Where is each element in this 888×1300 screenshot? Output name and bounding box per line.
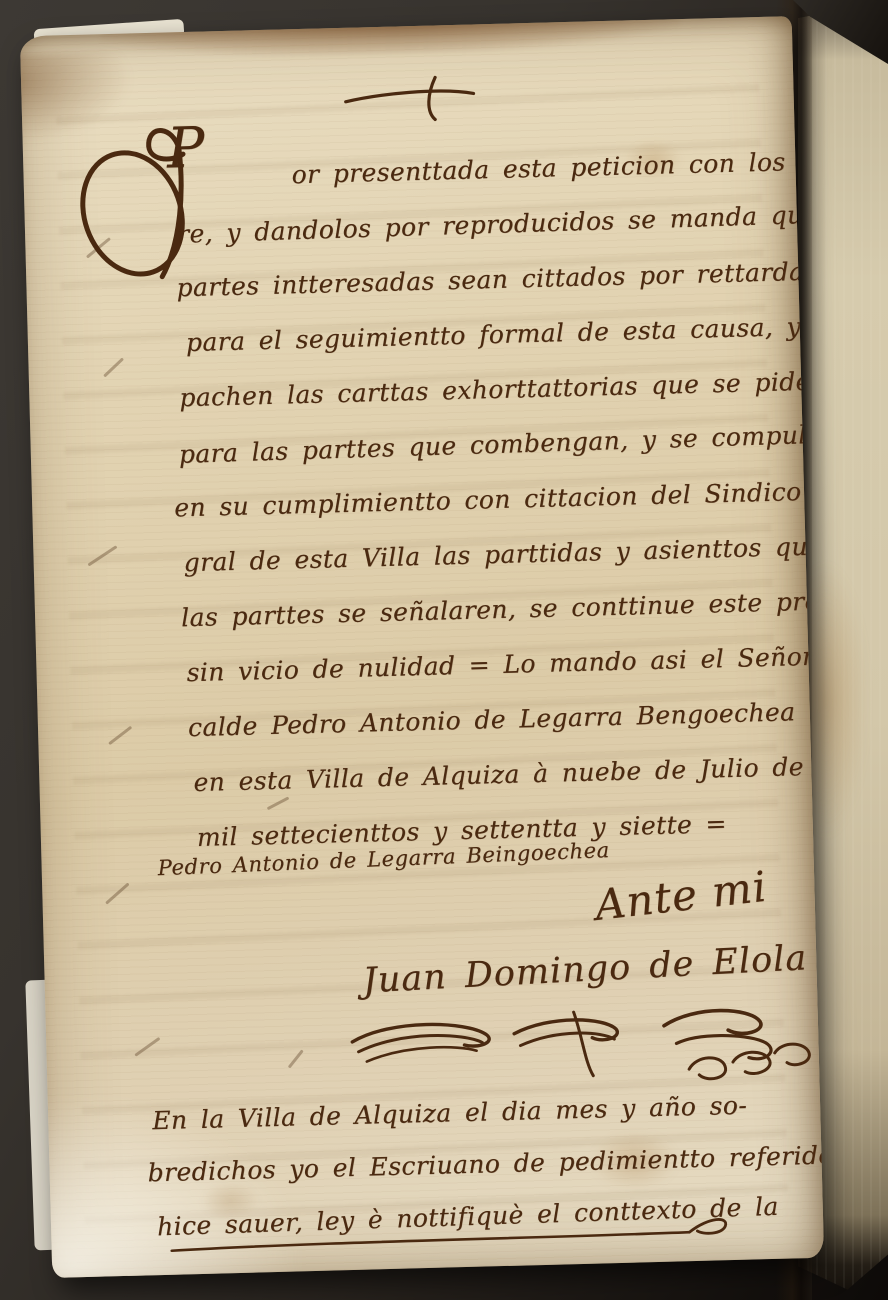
manuscript-page-surface: P or presenttada esta peticion con los a… — [20, 16, 824, 1278]
photographed-manuscript-scene: P or presenttada esta peticion con los a… — [0, 0, 888, 1300]
decree-body-text: or presenttada esta peticion con los aut… — [173, 134, 804, 865]
notarial-cross-icon — [339, 64, 481, 128]
manuscript-page: P or presenttada esta peticion con los a… — [20, 16, 824, 1278]
